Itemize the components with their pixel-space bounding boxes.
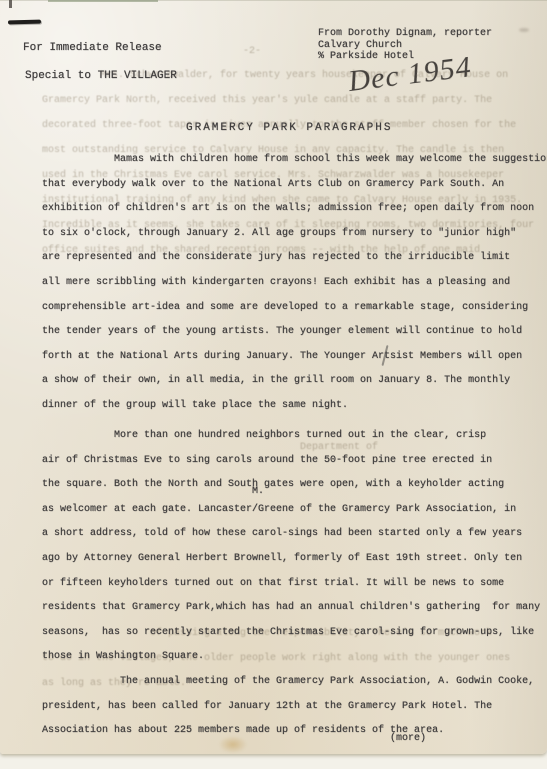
text-line: Mamas with children home from school thi… <box>42 148 547 173</box>
text-line: the square. Both the North and South gat… <box>42 473 540 498</box>
ghost-bleedthrough-line: Gramercy Park North, received this year'… <box>42 95 492 106</box>
paper-smudge <box>219 736 247 753</box>
text-line: Association has about 225 members made u… <box>42 719 534 744</box>
text-line: or fifteen keyholders turned out on that… <box>42 572 540 597</box>
text-line: More than one hundred neighbors turned o… <box>42 424 540 449</box>
special-to-line: Special to THE VILLAGER <box>25 70 177 82</box>
typed-insertion-mark: M. <box>252 486 264 497</box>
text-line: to six o'clock, through January 2. All a… <box>42 222 547 247</box>
address-line: From Dorothy Dignam, reporter <box>318 28 492 40</box>
paragraph: Mamas with children home from school thi… <box>42 148 547 419</box>
more-indicator: (more) <box>390 733 426 744</box>
text-line: seasons, has so recently started the Chr… <box>42 621 540 646</box>
text-line: dinner of the group will take place the … <box>42 394 547 419</box>
release-line: For Immediate Release <box>23 42 162 54</box>
document-title: GRAMERCY PARK PARAGRAPHS <box>186 122 392 134</box>
text-line: comprehensible art-idea and some are dev… <box>42 296 547 321</box>
text-line: residents that Gramercy Park,which has h… <box>42 596 540 621</box>
text-line: that everybody walk over to the National… <box>42 173 547 198</box>
text-line: exhibition of children's art is on the w… <box>42 197 547 222</box>
text-line: a show of their own, in all media, in th… <box>42 369 547 394</box>
text-line: all mere scribbling with kindergarten cr… <box>42 271 547 296</box>
text-line: those in Washington Square. <box>42 645 540 670</box>
text-line: president, has been called for January 1… <box>42 695 534 720</box>
scanned-press-release: { "document": { "header": { "release_lin… <box>0 0 547 769</box>
text-line: the tender years of the young artists. T… <box>42 320 547 345</box>
paragraph: The annual meeting of the Gramercy Park … <box>42 670 534 744</box>
paragraph: More than one hundred neighbors turned o… <box>42 424 540 670</box>
text-line: The annual meeting of the Gramercy Park … <box>42 670 534 695</box>
text-line: a short address, told of how these carol… <box>42 522 540 547</box>
text-line: as welcomer at each gate. Lancaster/Gree… <box>42 498 540 523</box>
text-line: forth at the National Arts during Januar… <box>42 345 547 370</box>
press-release-page: -2-Mrs. Schwarzwalder, for twenty years … <box>0 0 547 754</box>
text-line: ago by Attorney General Herbert Brownell… <box>42 547 540 572</box>
ghost-bleedthrough-line: -2- <box>243 46 261 57</box>
text-line: air of Christmas Eve to sing carols arou… <box>42 449 540 474</box>
text-line: are represented and the considerate jury… <box>42 246 547 271</box>
address-line: Calvary Church <box>318 40 492 52</box>
